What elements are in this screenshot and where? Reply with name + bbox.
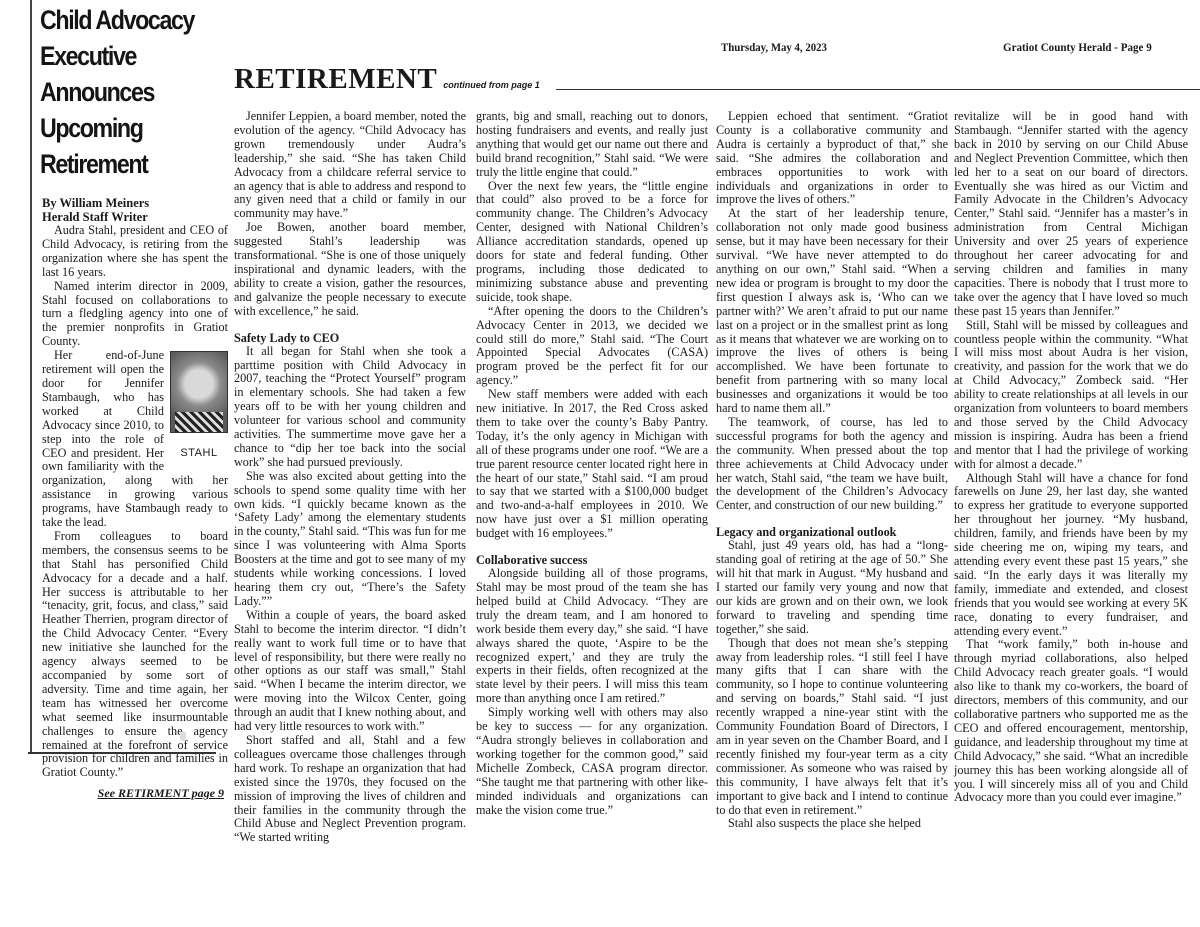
front-page-teaser: Child Advocacy Executive Announces Upcom…	[30, 0, 228, 753]
portrait-photo	[170, 351, 228, 433]
paragraph: Though that does not mean she’s stepping…	[716, 637, 948, 818]
byline: By William Meiners Herald Staff Writer	[42, 196, 228, 224]
author-title: Herald Staff Writer	[42, 210, 228, 224]
subheading: Legacy and organizational outlook	[716, 525, 948, 539]
paragraph: At the start of her leadership tenure, c…	[716, 207, 948, 416]
paragraph: “After opening the doors to the Children…	[476, 305, 708, 388]
paragraph: From colleagues to board members, the co…	[42, 530, 228, 780]
teaser-headline: Child Advocacy Executive Announces Upcom…	[40, 2, 234, 182]
paragraph: Short staffed and all, Stahl and a few c…	[234, 734, 466, 845]
paragraph: It all began for Stahl when she took a p…	[234, 345, 466, 470]
paragraph: Alongside building all of those programs…	[476, 567, 708, 706]
paper-name-page: Gratiot County Herald - Page 9	[1003, 40, 1152, 55]
section-header: RETIREMENT continued from page 1	[234, 64, 540, 94]
paragraph: Stahl also suspects the place she helped	[716, 817, 948, 831]
page-date: Thursday, May 4, 2023	[721, 40, 827, 55]
article-column-1: Jennifer Leppien, a board member, noted …	[234, 110, 466, 845]
paragraph: That “work family,” both in-house and th…	[954, 638, 1188, 805]
paragraph: revitalize will be in good hand with Sta…	[954, 110, 1188, 319]
article-column-2: grants, big and small, reaching out to d…	[476, 110, 708, 817]
photo-block: STAHL	[170, 351, 228, 461]
paragraph: Within a couple of years, the board aske…	[234, 609, 466, 734]
scan-smudge	[180, 731, 186, 741]
paragraph: Joe Bowen, another board member, suggest…	[234, 221, 466, 318]
paragraph: Leppien echoed that sentiment. “Gratiot …	[716, 110, 948, 207]
paragraph: Still, Stahl will be missed by colleague…	[954, 319, 1188, 472]
continued-note: continued from page 1	[443, 80, 540, 90]
teaser-body: Audra Stahl, president and CEO of Child …	[42, 224, 228, 780]
divider	[28, 752, 216, 754]
paragraph: Jennifer Leppien, a board member, noted …	[234, 110, 466, 221]
subheading: Collaborative success	[476, 553, 708, 567]
paragraph: Named interim director in 2009, Stahl fo…	[42, 280, 228, 350]
paragraph: Audra Stahl, president and CEO of Child …	[42, 224, 228, 280]
divider	[556, 89, 1200, 90]
author-name: By William Meiners	[42, 196, 228, 210]
subheading: Safety Lady to CEO	[234, 331, 466, 345]
paragraph: She was also excited about getting into …	[234, 470, 466, 609]
paragraph: Although Stahl will have a chance for fo…	[954, 472, 1188, 639]
paragraph: The teamwork, of course, has led to succ…	[716, 416, 948, 513]
paragraph: Over the next few years, the “little eng…	[476, 180, 708, 305]
headline-line: Upcoming Retirement	[40, 110, 234, 182]
article-column-3: Leppien echoed that sentiment. “Gratiot …	[716, 110, 948, 831]
paragraph: Simply working well with others may also…	[476, 706, 708, 817]
paragraph: Stahl, just 49 years old, has had a “lon…	[716, 539, 948, 636]
section-title: RETIREMENT	[234, 64, 437, 94]
paragraph: grants, big and small, reaching out to d…	[476, 110, 708, 180]
jump-link[interactable]: See RETIRMENT page 9	[32, 786, 224, 801]
paragraph: New staff members were added with each n…	[476, 388, 708, 541]
photo-caption: STAHL	[170, 447, 228, 461]
headline-line: Child Advocacy	[40, 2, 234, 38]
article-column-4: revitalize will be in good hand with Sta…	[954, 110, 1188, 805]
headline-line: Executive Announces	[40, 38, 234, 110]
